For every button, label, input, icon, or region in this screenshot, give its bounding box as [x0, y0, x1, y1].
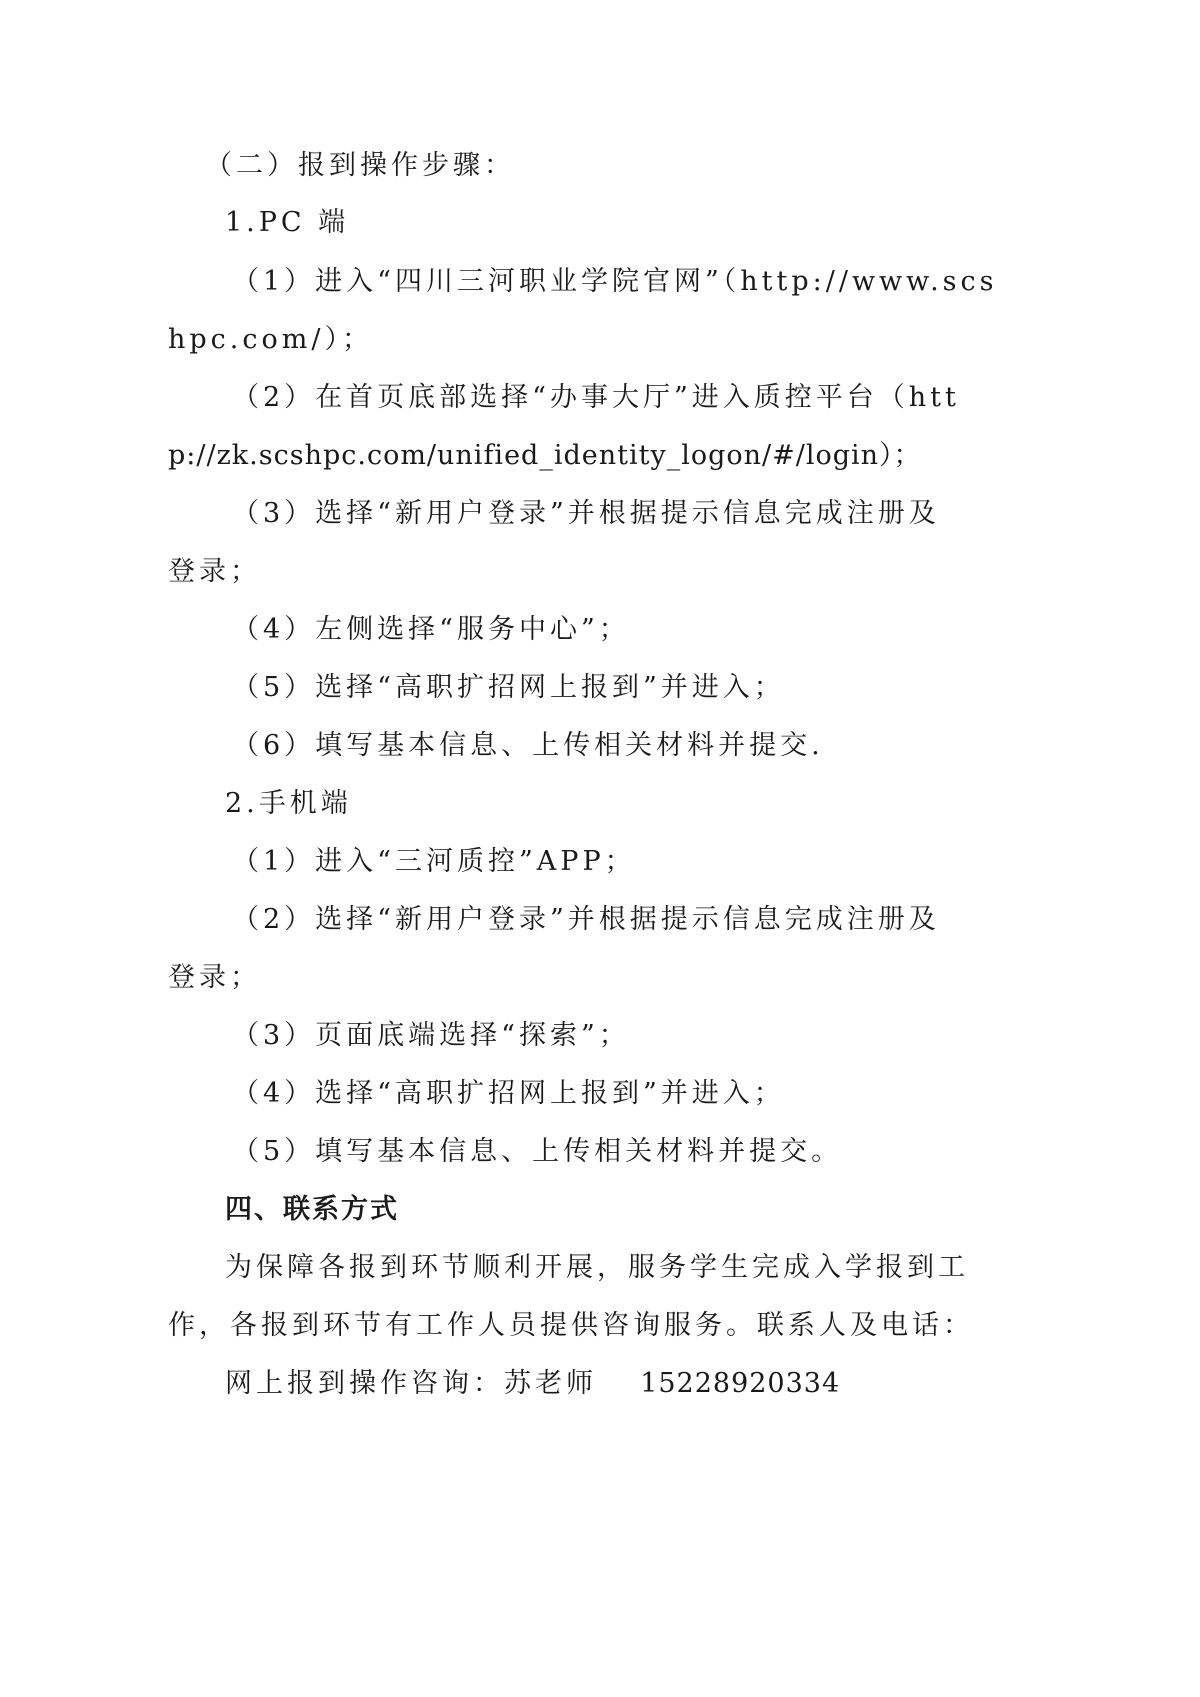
contact-line: 网上报到操作咨询：苏老师 15228920334 [225, 1364, 840, 1404]
pc-step-3-line1: （3）选择“新用户登录”并根据提示信息完成注册及 [232, 494, 940, 534]
mobile-step-2-line1: （2）选择“新用户登录”并根据提示信息完成注册及 [232, 900, 940, 940]
contact-paragraph-line1: 为保障各报到环节顺利开展，服务学生完成入学报到工 [225, 1248, 969, 1288]
section-heading-contact: 四、联系方式 [225, 1190, 399, 1230]
pc-step-2-line2: p://zk.scshpc.com/unified_identity_logon… [168, 436, 922, 476]
contact-paragraph-line2: 作，各报到环节有工作人员提供咨询服务。联系人及电话： [168, 1306, 974, 1346]
pc-step-4: （4）左侧选择“服务中心”； [232, 610, 630, 650]
subheading-pc: 1.PC 端 [225, 203, 349, 243]
mobile-step-3: （3）页面底端选择“探索”； [232, 1016, 630, 1056]
document-page: （二）报到操作步骤： 1.PC 端 （1）进入“四川三河职业学院官网”（http… [0, 0, 1200, 1697]
pc-step-3-line2: 登录； [168, 552, 261, 592]
contact-phone: 15228920334 [640, 1368, 840, 1399]
mobile-step-4: （4）选择“高职扩招网上报到”并进入； [232, 1074, 785, 1114]
pc-step-5: （5）选择“高职扩招网上报到”并进入； [232, 668, 785, 708]
subheading-mobile: 2.手机端 [225, 784, 352, 824]
mobile-step-5: （5）填写基本信息、上传相关材料并提交。 [232, 1132, 842, 1172]
pc-step-2-line1: （2）在首页底部选择“办事大厅”进入质控平台（htt [232, 378, 960, 418]
pc-step-1-line1: （1）进入“四川三河职业学院官网”（http://www.scs [232, 262, 998, 302]
pc-step-1-line2: hpc.com/）； [168, 320, 373, 360]
section-heading-registration-steps: （二）报到操作步骤： [205, 146, 515, 186]
mobile-step-2-line2: 登录； [168, 958, 261, 998]
contact-label: 网上报到操作咨询：苏老师 [225, 1368, 597, 1399]
mobile-step-1: （1）进入“三河质控”APP； [232, 842, 636, 882]
pc-step-6: （6）填写基本信息、上传相关材料并提交. [232, 726, 824, 766]
